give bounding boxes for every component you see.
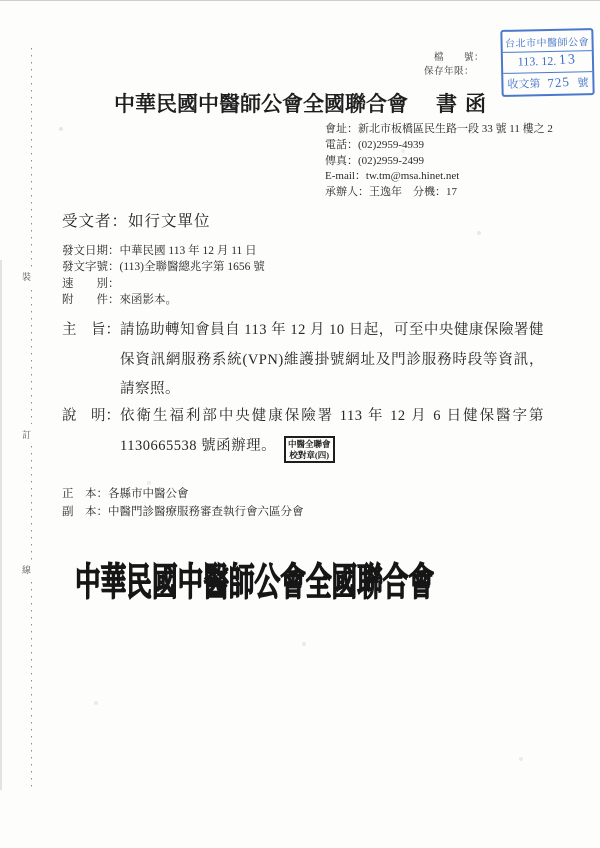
subject-paragraph: 主 旨： 請協助轉知會員自 113 年 12 月 10 日起，可至中央健康保險署…	[62, 316, 544, 405]
contact-block: 會址：新北市板橋區民生路一段 33 號 11 樓之 2 電話：(02)2959-…	[325, 122, 553, 201]
receipt-date-day-handwritten: 13	[559, 52, 578, 69]
retention-period-label: 保存年限：	[424, 66, 484, 80]
contact-phone: 電話：(02)2959-4939	[325, 138, 553, 154]
original-copy-value: 各縣市中醫公會	[108, 486, 189, 504]
attachment-label: 附 件：	[62, 292, 120, 308]
binding-dotted-line	[31, 290, 32, 424]
organization-name: 中華民國中醫師公會全國聯合會	[114, 88, 408, 118]
receipt-stamp-org: 台北市中醫師公會	[502, 30, 591, 52]
original-copy-label: 正 本：	[62, 486, 108, 504]
scan-edge-top	[0, 0, 600, 1]
description-label: 說 明：	[62, 402, 120, 461]
document-type: 書函	[436, 88, 494, 118]
proofreading-stamp-line2: 校對章(四)	[288, 450, 331, 461]
file-number-labels: 檔 號： 保存年限：	[424, 52, 484, 79]
scan-noise	[0, 0, 2, 2]
carbon-copy-row: 副 本：中醫門診醫療服務審查執行會六區分會	[62, 504, 304, 522]
proofreading-stamp: 中醫全聯會 校對章(四)	[284, 436, 335, 463]
doc-number-label: 發文字號：	[62, 259, 120, 275]
scanned-letter-page: 裝 訂 線 檔 號： 保存年限： 台北市中醫師公會 113. 12. 13 收文…	[0, 0, 600, 848]
receipt-date-prefix: 113. 12.	[518, 54, 557, 69]
archive-number-label: 檔 號：	[434, 52, 484, 66]
copies-block: 正 本：各縣市中醫公會 副 本：中醫門診醫療服務審查執行會六區分會	[62, 486, 304, 521]
binding-mark-xian: 線	[22, 565, 31, 575]
issue-date-label: 發文日期：	[62, 243, 120, 259]
recipient-value: 如行文單位	[128, 213, 211, 230]
meta-block: 發文日期：中華民國 113 年 12 月 11 日 發文字號：(113)全聯醫總…	[62, 243, 265, 308]
binding-dotted-line	[31, 446, 32, 560]
receipt-stamp: 台北市中醫師公會 113. 12. 13 收文第725號	[500, 28, 594, 97]
subject-text: 請協助轉知會員自 113 年 12 月 10 日起，可至中央健康保險署健保資訊網…	[120, 316, 544, 405]
meta-row-attachment: 附 件：來函影本。	[62, 292, 265, 308]
binding-mark-ding: 訂	[22, 430, 31, 440]
scan-edge-left	[0, 260, 2, 790]
document-title: 中華民國中醫師公會全國聯合會 書函	[0, 88, 600, 118]
doc-number-value: (113)全聯醫總兆字第 1656 號	[120, 259, 265, 275]
contact-email: E-mail：tw.tm@msa.hinet.net	[325, 169, 553, 185]
binding-dotted-line	[31, 582, 32, 787]
organization-signature-stamp: 中華民國中醫師公會全國聯合會	[75, 551, 434, 606]
meta-row-doc-number: 發文字號：(113)全聯醫總兆字第 1656 號	[62, 259, 265, 275]
meta-row-priority: 速 別：	[62, 276, 265, 292]
carbon-copy-value: 中醫門診醫療服務審查執行會六區分會	[108, 504, 304, 522]
receipt-stamp-date: 113. 12. 13	[503, 50, 592, 73]
subject-label: 主 旨：	[62, 316, 120, 405]
contact-address: 會址：新北市板橋區民生路一段 33 號 11 樓之 2	[325, 122, 553, 138]
carbon-copy-label: 副 本：	[62, 504, 108, 522]
original-copy-row: 正 本：各縣市中醫公會	[62, 486, 304, 504]
recipient-line: 受文者：如行文單位	[62, 209, 211, 231]
binding-dotted-line	[31, 48, 32, 268]
priority-label: 速 別：	[62, 276, 120, 292]
contact-handler: 承辦人：王逸年 分機：17	[325, 185, 553, 201]
recipient-label: 受文者：	[62, 213, 128, 230]
issue-date-value: 中華民國 113 年 12 月 11 日	[120, 243, 257, 259]
meta-row-issue-date: 發文日期：中華民國 113 年 12 月 11 日	[62, 243, 265, 259]
proofreading-stamp-line1: 中醫全聯會	[288, 439, 331, 450]
attachment-value: 來函影本。	[120, 292, 178, 308]
binding-mark-zhuang: 裝	[22, 272, 31, 282]
contact-fax: 傳真：(02)2959-2499	[325, 154, 553, 170]
